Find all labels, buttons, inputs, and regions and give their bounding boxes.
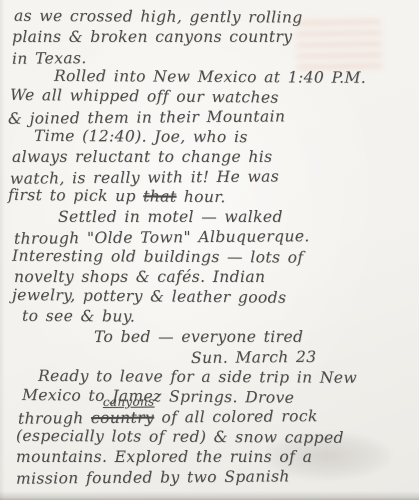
handwritten-line: Interesting old buildings — lots of (12, 246, 415, 268)
handwritten-text: always reluctant to change his (12, 148, 272, 166)
handwritten-text: (especially lots of red) & snow capped (16, 427, 344, 447)
handwritten-text: Time (12:40). Joe, who is (34, 127, 248, 146)
handwritten-text: to see & buy. (22, 307, 135, 326)
handwritten-line: always reluctant to change his (12, 147, 415, 167)
handwritten-text: mountains. Explored the ruins of a (16, 448, 312, 466)
handwritten-text: novelty shops & cafés. Indian (14, 268, 265, 286)
correction-group: canyonscountry (91, 408, 154, 429)
handwritten-line: (especially lots of red) & snow capped (16, 426, 415, 448)
handwritten-text: Mexico to Jamez Springs. Drove (22, 386, 294, 407)
inserted-word-above: canyons (103, 396, 155, 408)
handwritten-text: & joined them in their Mountain (8, 107, 286, 127)
handwritten-text: jewelry, pottery & leather goods (12, 286, 287, 307)
handwritten-line: Sun. March 23 (191, 346, 415, 368)
handwritten-line: To bed — everyone tired (94, 327, 415, 347)
handwritten-line: plains & broken canyons country (12, 27, 415, 47)
handwritten-text: as we crossed high, gently rolling (14, 7, 303, 27)
handwritten-line: to see & buy. (22, 306, 415, 328)
handwritten-text: in Texas. (12, 49, 87, 68)
handwritten-text: Settled in motel — walked (58, 208, 283, 226)
handwritten-text: Rolled into New Mexico at 1:40 P.M. (54, 67, 366, 87)
handwritten-text: first to pick up (8, 186, 143, 205)
handwritten-text: We all whipped off our watches (10, 86, 279, 107)
handwritten-text: Ready to leave for a side trip in New (38, 367, 357, 387)
handwritten-line: mountains. Explored the ruins of a (16, 447, 415, 467)
handwritten-text: through "Olde Town" Albuquerque. (14, 227, 310, 248)
handwritten-text: mission founded by two Spanish (16, 467, 290, 487)
struck-word: that (143, 187, 176, 205)
journal-page: as we crossed high, gently rollingplains… (0, 0, 419, 500)
handwritten-line: Rolled into New Mexico at 1:40 P.M. (54, 66, 415, 88)
handwritten-line: as we crossed high, gently rolling (14, 6, 415, 28)
struck-word: country (91, 409, 154, 428)
handwritten-text: Sun. March 23 (191, 348, 317, 367)
handwritten-line: novelty shops & cafés. Indian (14, 267, 415, 287)
page-edge-left-shadow (0, 0, 5, 500)
handwritten-line: Time (12:40). Joe, who is (34, 126, 415, 148)
handwriting-lines: as we crossed high, gently rollingplains… (0, 0, 419, 487)
handwritten-line: Settled in motel — walked (58, 207, 415, 227)
handwritten-text: hour. (176, 188, 225, 207)
handwritten-text: Interesting old buildings — lots of (12, 247, 304, 267)
page-edge-bottom-shadow (0, 491, 419, 500)
handwritten-line: first to pick up that hour. (8, 185, 415, 209)
handwritten-text: To bed — everyone tired (94, 328, 303, 346)
handwritten-text: of all colored rock (154, 407, 318, 426)
handwritten-line: mission founded by two Spanish (16, 465, 415, 488)
handwritten-text: plains & broken canyons country (12, 28, 292, 46)
